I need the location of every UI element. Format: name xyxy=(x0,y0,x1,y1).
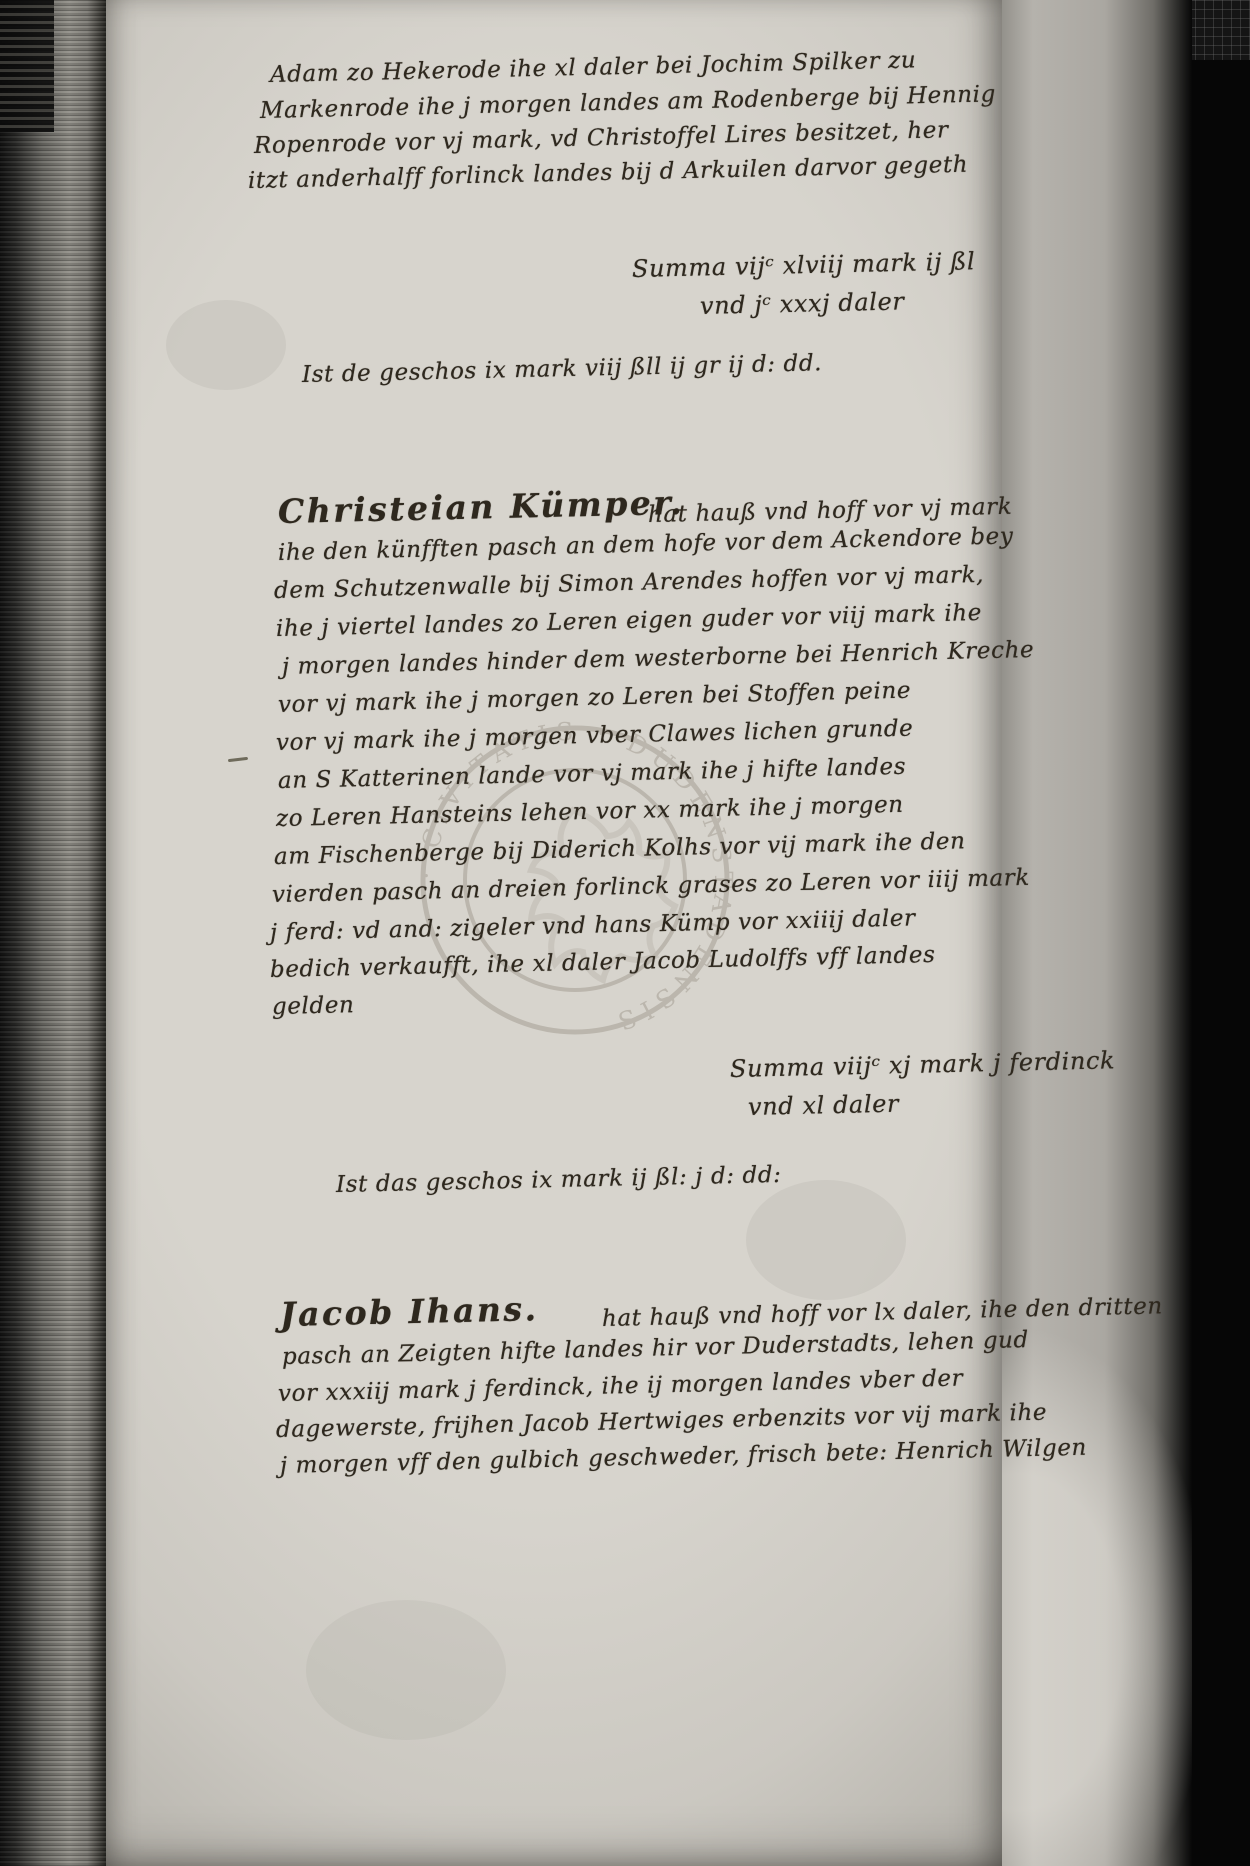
entry-heading: Jacob Ihans. xyxy=(280,1289,539,1334)
paper-blotch xyxy=(746,1180,906,1300)
book-headband-corner xyxy=(0,0,54,132)
summa-line: vnd jᶜ xxxj daler xyxy=(700,287,905,320)
paper-blotch xyxy=(166,300,286,390)
manuscript-line: gelden xyxy=(272,992,355,1020)
facing-page-edge xyxy=(998,0,1192,1866)
paper-blotch xyxy=(306,1600,506,1740)
book-fore-edge xyxy=(0,0,112,1866)
summa-line: vnd xl daler xyxy=(748,1090,900,1121)
photo-frame: · CIVITATIS · DUDENSTADENSIS Adam zo Hek… xyxy=(0,0,1250,1866)
